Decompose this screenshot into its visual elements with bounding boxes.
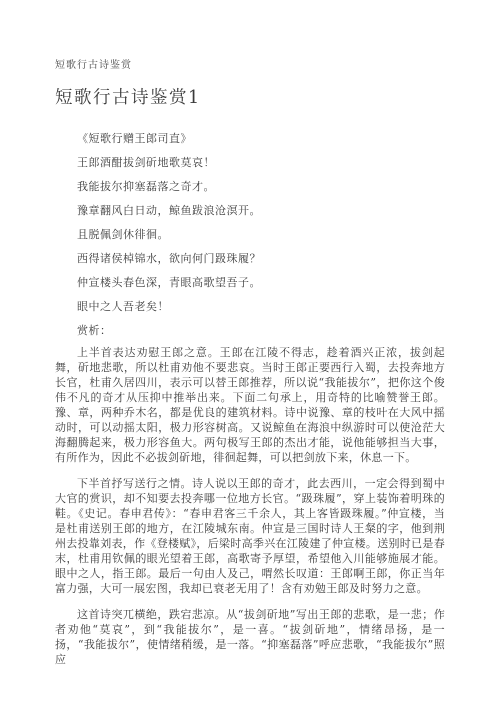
analysis-section: 上半首表达劝慰王郎之意。王郎在江陵不得志，趁着酒兴正浓，拔剑起舞，斫地悲歌，所以…: [55, 345, 445, 667]
poem-line: 且脱佩剑休徘徊。: [55, 228, 445, 241]
document-header: 短歌行古诗鉴赏: [55, 56, 445, 71]
analysis-paragraph: 下半首抒写送行之情。诗人说以王郎的奇才，此去西川，一定会得到蜀中大官的赏识，却不…: [55, 476, 445, 596]
poem-line: 眼中之人吾老矣！: [55, 300, 445, 313]
page-title: 短歌行古诗鉴赏1: [55, 84, 445, 109]
poem-line: 豫章翻风白日动，鲸鱼跋浪沧溟开。: [55, 204, 445, 217]
poem-line: 西得诸侯棹锦水，欲向何门趿珠履？: [55, 252, 445, 265]
poem-line: 王郎酒酣拔剑斫地歌莫哀！: [55, 156, 445, 169]
poem-line: 仲宣楼头春色深，青眼高歌望吾子。: [55, 276, 445, 289]
analysis-paragraph: 上半首表达劝慰王郎之意。王郎在江陵不得志，趁着酒兴正浓，拔剑起舞，斫地悲歌，所以…: [55, 345, 445, 465]
poem-title: 《短歌行赠王郎司直》: [55, 132, 445, 145]
analysis-paragraph: 这首诗突兀横绝，跌宕悲凉。从“拔剑斫地”写出王郎的悲歌，是一悲；作者劝他“莫哀”…: [55, 607, 445, 667]
analysis-label: 赏析：: [55, 324, 445, 337]
document-page: 短歌行古诗鉴赏 短歌行古诗鉴赏1 《短歌行赠王郎司直》 王郎酒酣拔剑斫地歌莫哀！…: [0, 0, 500, 707]
poem-line: 我能拔尔抑塞磊落之奇才。: [55, 180, 445, 193]
poem-section: 《短歌行赠王郎司直》 王郎酒酣拔剑斫地歌莫哀！ 我能拔尔抑塞磊落之奇才。 豫章翻…: [55, 132, 445, 313]
